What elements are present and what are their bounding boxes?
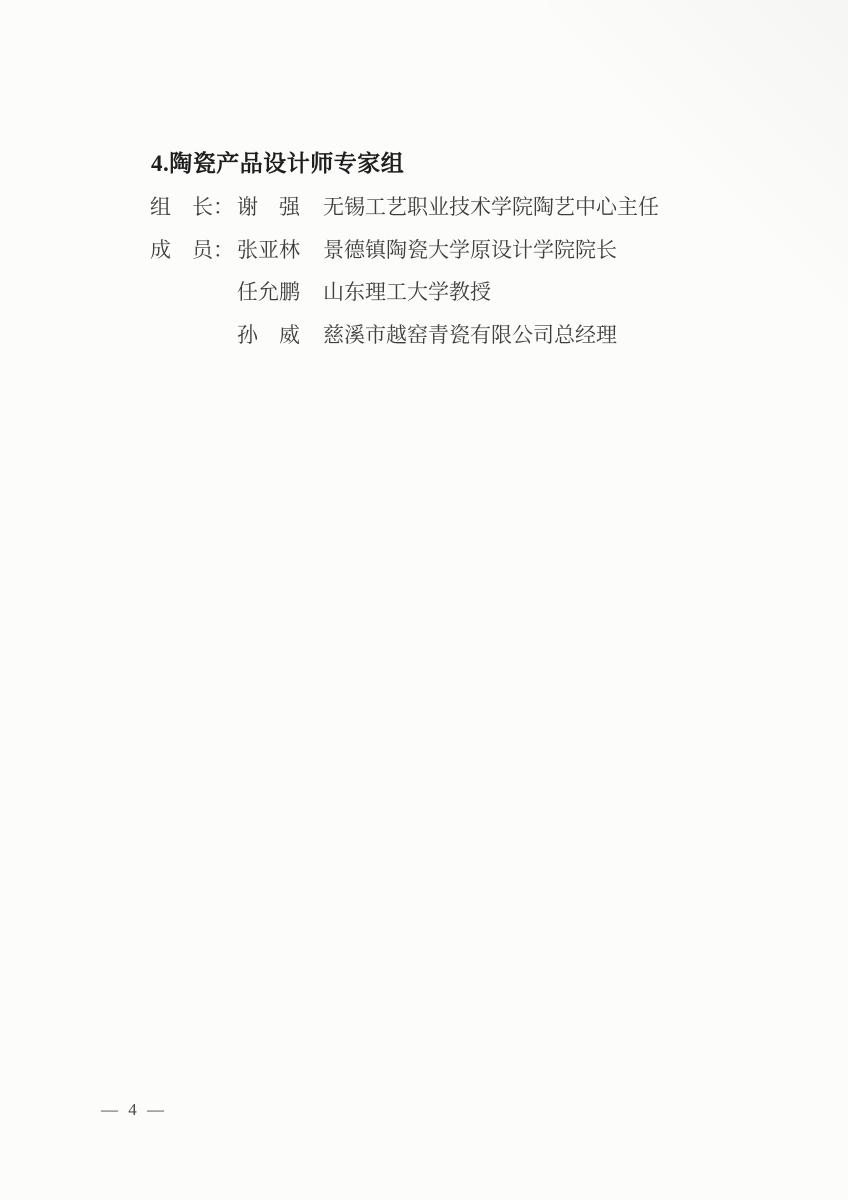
page-number: — 4 — <box>101 1099 167 1121</box>
person-name: 任允鹏 <box>237 281 323 304</box>
person-title: 慈溪市越窑青瓷有限公司总经理 <box>323 324 617 347</box>
section-heading: 4.陶瓷产品设计师专家组 <box>151 149 404 179</box>
role-label: 成 员： <box>150 239 237 262</box>
list-item: 孙 威 慈溪市越窑青瓷有限公司总经理 <box>150 324 659 347</box>
person-title: 景德镇陶瓷大学原设计学院院长 <box>323 239 617 262</box>
document-page: 4.陶瓷产品设计师专家组 组 长： 谢 强 无锡工艺职业技术学院陶艺中心主任 成… <box>0 0 848 1200</box>
list-item: 任允鹏 山东理工大学教授 <box>150 281 659 304</box>
list-item: 成 员： 张亚林 景德镇陶瓷大学原设计学院院长 <box>150 239 659 262</box>
person-name: 孙 威 <box>237 324 323 347</box>
list-item: 组 长： 谢 强 无锡工艺职业技术学院陶艺中心主任 <box>150 196 659 219</box>
person-title: 山东理工大学教授 <box>323 281 491 304</box>
person-name: 谢 强 <box>237 196 323 219</box>
expert-group-list: 组 长： 谢 强 无锡工艺职业技术学院陶艺中心主任 成 员： 张亚林 景德镇陶瓷… <box>150 196 659 366</box>
person-title: 无锡工艺职业技术学院陶艺中心主任 <box>323 196 659 219</box>
role-label: 组 长： <box>150 196 237 219</box>
person-name: 张亚林 <box>237 239 323 262</box>
